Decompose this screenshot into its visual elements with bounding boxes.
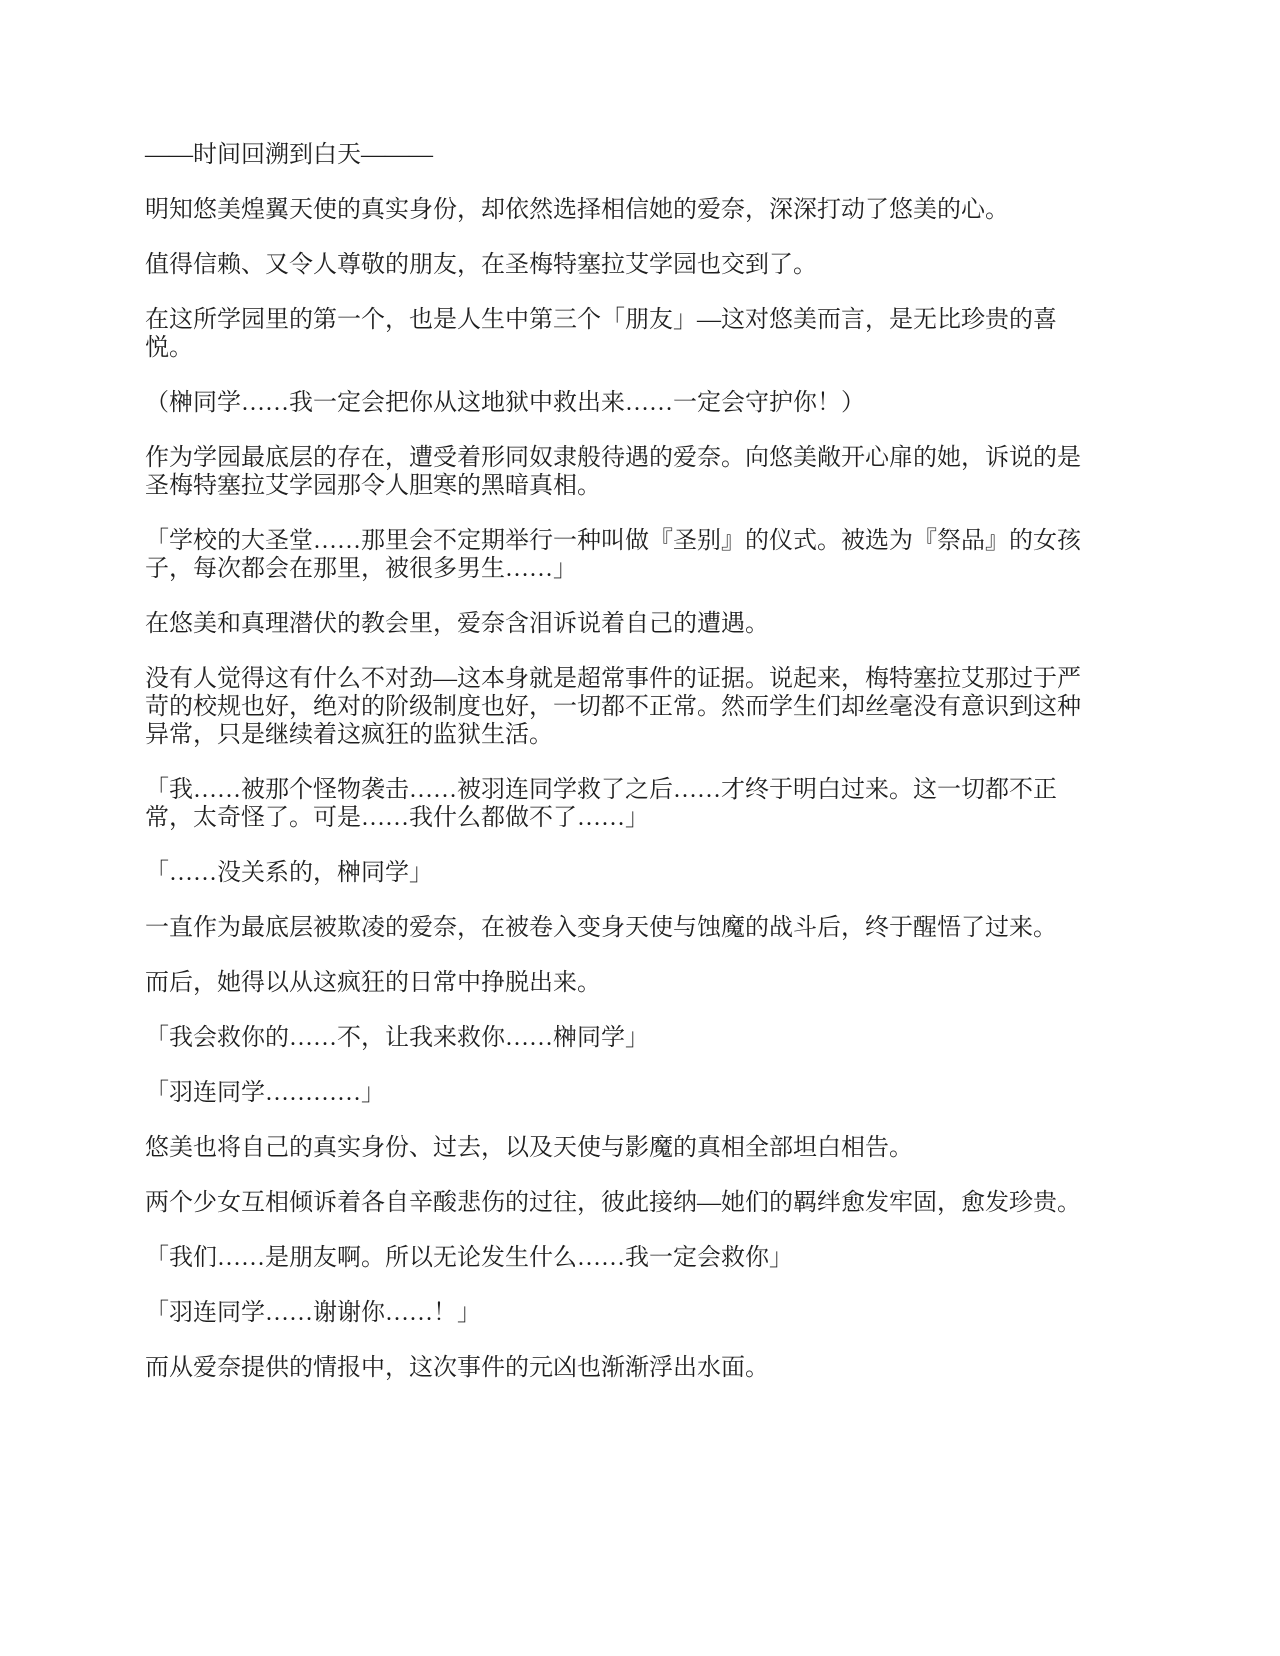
paragraph: 「……没关系的，榊同学」: [145, 859, 1091, 887]
paragraph: 明知悠美煌翼天使的真实身份，却依然选择相信她的爱奈，深深打动了悠美的心。: [145, 196, 1091, 224]
paragraph: 「我……被那个怪物袭击……被羽连同学救了之后……才终于明白过来。这一切都不正常，…: [145, 776, 1091, 832]
paragraph: 「我们……是朋友啊。所以无论发生什么……我一定会救你」: [145, 1244, 1091, 1272]
document-page: ——时间回溯到白天——— 明知悠美煌翼天使的真实身份，却依然选择相信她的爱奈，深…: [0, 0, 1280, 1656]
paragraph: 两个少女互相倾诉着各自辛酸悲伤的过往，彼此接纳—她们的羁绊愈发牢固，愈发珍贵。: [145, 1189, 1091, 1217]
paragraph: 而从爱奈提供的情报中，这次事件的元凶也渐渐浮出水面。: [145, 1354, 1091, 1382]
paragraph: 在这所学园里的第一个，也是人生中第三个「朋友」—这对悠美而言，是无比珍贵的喜悦。: [145, 306, 1091, 362]
paragraph: 作为学园最底层的存在，遭受着形同奴隶般待遇的爱奈。向悠美敞开心扉的她，诉说的是圣…: [145, 444, 1091, 500]
paragraph: 「学校的大圣堂……那里会不定期举行一种叫做『圣别』的仪式。被选为『祭品』的女孩子…: [145, 527, 1091, 583]
paragraph: 「羽连同学……谢谢你……！」: [145, 1299, 1091, 1327]
paragraph: 而后，她得以从这疯狂的日常中挣脱出来。: [145, 969, 1091, 997]
paragraph: （榊同学……我一定会把你从这地狱中救出来……一定会守护你！）: [145, 389, 1091, 417]
paragraph: 「我会救你的……不，让我来救你……榊同学」: [145, 1024, 1091, 1052]
paragraph: 值得信赖、又令人尊敬的朋友，在圣梅特塞拉艾学园也交到了。: [145, 251, 1091, 279]
paragraph: 「羽连同学…………」: [145, 1079, 1091, 1107]
paragraph: 在悠美和真理潜伏的教会里，爱奈含泪诉说着自己的遭遇。: [145, 610, 1091, 638]
paragraph: 悠美也将自己的真实身份、过去，以及天使与影魔的真相全部坦白相告。: [145, 1134, 1091, 1162]
paragraph: 没有人觉得这有什么不对劲—这本身就是超常事件的证据。说起来，梅特塞拉艾那过于严苛…: [145, 665, 1091, 749]
paragraph: 一直作为最底层被欺凌的爱奈，在被卷入变身天使与蚀魔的战斗后，终于醒悟了过来。: [145, 914, 1091, 942]
paragraph-scene-marker: ——时间回溯到白天———: [145, 141, 1091, 169]
document-body: ——时间回溯到白天——— 明知悠美煌翼天使的真实身份，却依然选择相信她的爱奈，深…: [145, 141, 1091, 1382]
